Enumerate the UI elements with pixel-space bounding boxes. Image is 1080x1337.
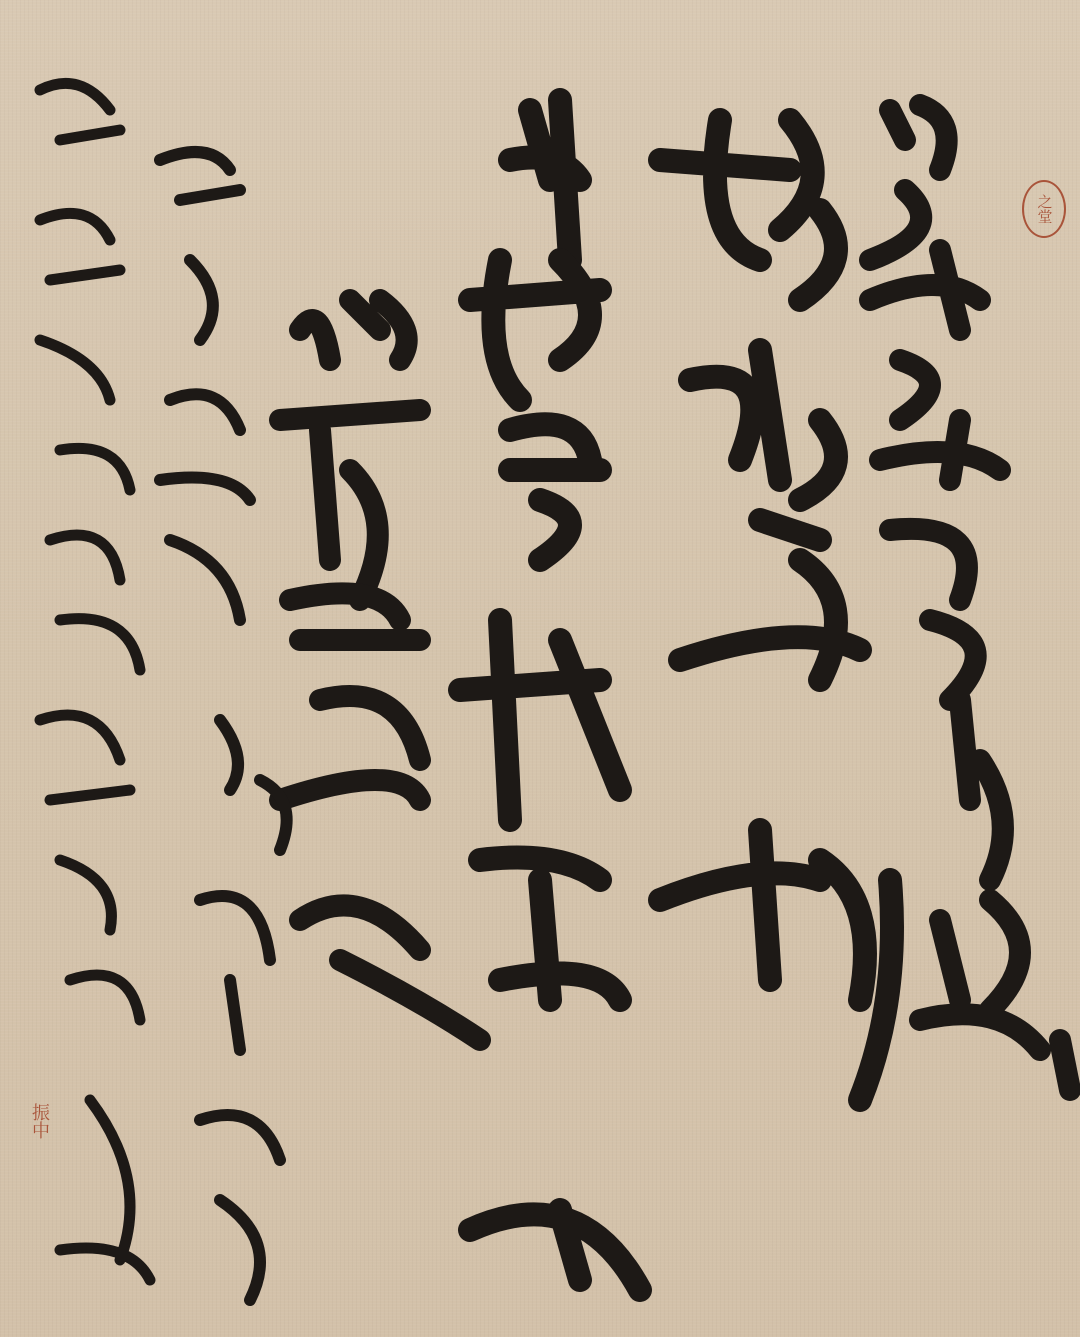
column-3: [460, 100, 640, 1290]
column-4: [280, 300, 480, 1040]
column-2: [660, 120, 892, 1100]
calligraphy-scroll: 之堂 振中 Seven-character-line poem in wild …: [0, 0, 1080, 1337]
seal-top-right: 之堂: [1022, 180, 1066, 238]
seal-bottom-left: 振中: [16, 1094, 62, 1148]
inscription-column-1: [160, 152, 287, 1300]
calligraphy-strokes: [0, 0, 1080, 1337]
